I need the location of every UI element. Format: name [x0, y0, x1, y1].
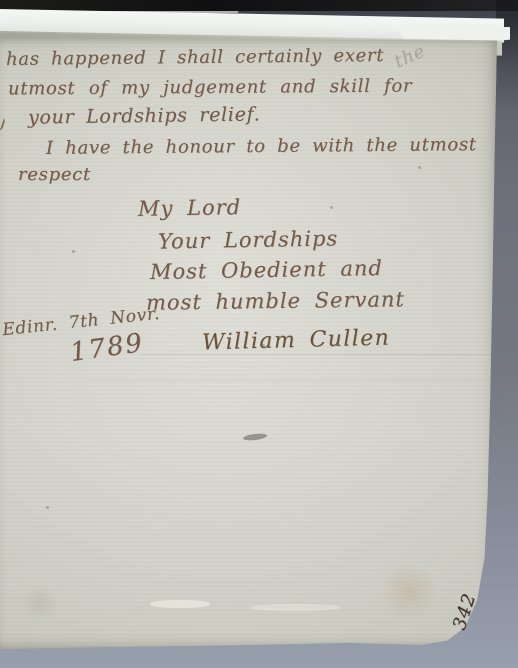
folio-number: 342 [436, 588, 494, 634]
paper-stain [378, 563, 440, 619]
photo-top-background [0, 0, 518, 11]
folio-number-text: 342 [449, 590, 481, 632]
letter-line: your Lordships relief. [28, 103, 261, 128]
paper-stain [20, 586, 60, 620]
closing-line: Your Lordships [158, 226, 339, 253]
letter-line: has happened I shall certainly exert [6, 45, 384, 70]
closing-line: Most Obedient and [150, 256, 383, 284]
paper-speck [46, 506, 49, 509]
letter-line: respect [18, 164, 91, 185]
paper-crease [90, 380, 496, 381]
worn-edge-flake [150, 600, 210, 608]
paper-speck [418, 166, 421, 169]
signature: William Cullen [202, 326, 391, 356]
letter-line: I have the honour to be with the utmost [46, 134, 477, 159]
paper-crease [140, 354, 496, 355]
closing-line: most humble Servant [146, 287, 405, 315]
paper-speck [72, 250, 75, 253]
manuscript-photo: has happened I shall certainly exert the… [0, 0, 518, 668]
letter-line: utmost of my judgement and skill for [8, 76, 412, 100]
salutation: My Lord [138, 195, 242, 221]
worn-edge-flake [250, 604, 340, 611]
paper-speck [330, 206, 333, 209]
